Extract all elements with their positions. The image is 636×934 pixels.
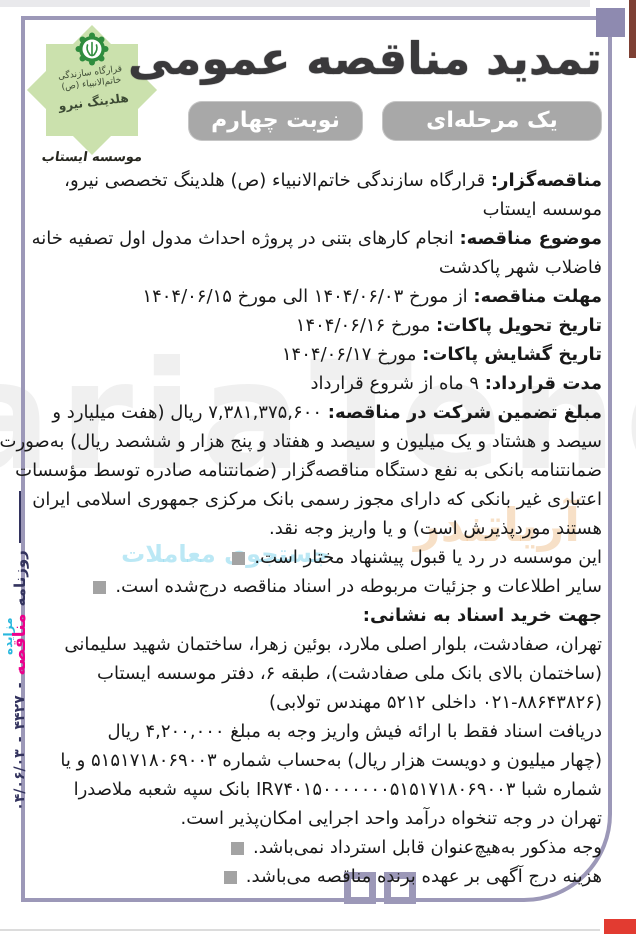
- body-line-label: مناقصه‌گزار:: [491, 170, 602, 191]
- body-line: تهران، صفادشت، بلوار اصلی ملارد، بوئین ز…: [36, 630, 602, 659]
- body-line-text: سیصد و هشتاد و یک میلیون و سیصد و هفتاد …: [0, 431, 602, 452]
- body-line-label: مدت قرارداد:: [485, 373, 602, 394]
- tag-pill-round: نوبت چهارم: [188, 101, 363, 141]
- bullet-square-icon: [93, 581, 106, 594]
- body-line-text: سایر اطلاعات و جزئیات مربوطه در اسناد من…: [115, 576, 602, 597]
- page-bottom-rule: [0, 929, 600, 931]
- body-line-text: ضمانتنامه بانکی به نفع دستگاه مناقصه‌گزا…: [15, 460, 602, 481]
- body-line-text: اعتباری غیر بانکی که دارای مجوز رسمی بان…: [32, 489, 602, 510]
- issue-number: ۴۴۲۷: [12, 695, 28, 729]
- page-red-marker: [604, 919, 636, 934]
- body-line: مبلغ تضمین شرکت در مناقصه: ۷,۳۸۱,۳۷۵,۶۰۰…: [36, 398, 602, 427]
- body-line: مناقصه‌گزار: قرارگاه سازندگی خاتم‌الانبی…: [36, 166, 602, 195]
- body-line: ضمانتنامه بانکی به نفع دستگاه مناقصه‌گزا…: [36, 456, 602, 485]
- body-line-text: (چهار میلیون و دویست هزار ریال) به‌حساب …: [60, 750, 602, 771]
- issue-date: ۰۴/۰۶/۰۳: [12, 749, 28, 811]
- tag-pill-stage: یک مرحله‌ای: [382, 101, 602, 141]
- bullet-square-icon: [224, 871, 237, 884]
- adjacent-column-sliver: [629, 0, 636, 58]
- body-line: موضوع مناقصه: انجام کارهای بتنی در پروژه…: [36, 224, 602, 253]
- body-lines: مناقصه‌گزار: قرارگاه سازندگی خاتم‌الانبی…: [36, 166, 602, 891]
- body-line: دریافت اسناد فقط با ارائه فیش واریز وجه …: [36, 717, 602, 746]
- body-line-text: قرارگاه سازندگی خاتم‌الانبیاء (ص) هلدینگ…: [64, 170, 491, 191]
- body-line: وجه مذکور به‌هیچ‌عنوان قابل استرداد نمی‌…: [36, 833, 602, 862]
- body-line: جهت خرید اسناد به نشانی:: [36, 601, 602, 630]
- body-line: تاریخ گشایش پاکات: مورخ ۱۴۰۴/۰۶/۱۷: [36, 340, 602, 369]
- body-line-text: (۰۲۱-۸۸۶۴۳۸۲۶ داخلی ۵۲۱۲ مهندس تولابی): [269, 692, 602, 713]
- body-line-label: تاریخ گشایش پاکات:: [422, 344, 602, 365]
- newspaper-word: روزنامه: [11, 550, 29, 606]
- body-line-text: هستند موردپذیرش است) و یا واریز وجه نقد.: [269, 518, 602, 539]
- body-line-label: تاریخ تحویل پاکات:: [436, 315, 602, 336]
- credit-separator: -: [12, 682, 28, 688]
- body-line-text: هزینه درج آگهی بر عهده برنده مناقصه می‌ب…: [246, 866, 602, 887]
- body-line-text: وجه مذکور به‌هیچ‌عنوان قابل استرداد نمی‌…: [253, 837, 602, 858]
- body-line-text: فاضلاب شهر پاکدشت: [439, 257, 602, 278]
- body-line-text: این موسسه در رد یا قبول پیشنهاد مختار اس…: [254, 547, 602, 568]
- body-line-text: تهران، صفادشت، بلوار اصلی ملارد، بوئین ز…: [64, 634, 602, 655]
- body-line-label: موضوع مناقصه:: [459, 228, 602, 249]
- body-line: مهلت مناقصه: از مورخ ۱۴۰۴/۰۶/۰۳ الی مورخ…: [36, 282, 602, 311]
- body-line-text: مورخ ۱۴۰۴/۰۶/۱۶: [296, 315, 436, 336]
- credit-rule: [19, 491, 21, 543]
- body-line: مدت قرارداد: ۹ ماه از شروع قرارداد: [36, 369, 602, 398]
- body-line: موسسه ایستاب: [36, 195, 602, 224]
- institute-name: موسسه ایستاب: [29, 150, 155, 165]
- body-line-text: موسسه ایستاب: [483, 199, 602, 220]
- body-line: (چهار میلیون و دویست هزار ریال) به‌حساب …: [36, 746, 602, 775]
- body-line-text: ۷,۳۸۱,۳۷۵,۶۰۰ ریال (هفت میلیارد و: [52, 402, 327, 423]
- ad-title: تمدید مناقصه عمومی: [172, 32, 602, 85]
- newspaper-ad-page: ariaTender آریاتندر جستجوی معاملات: [0, 0, 636, 934]
- brand-secondary: مزایده: [1, 617, 15, 655]
- body-line-text: ۹ ماه از شروع قرارداد: [310, 373, 484, 394]
- body-line-label: مبلغ تضمین شرکت در مناقصه:: [328, 402, 602, 423]
- body-line: سیصد و هشتاد و یک میلیون و سیصد و هفتاد …: [36, 427, 602, 456]
- bullet-square-icon: [232, 552, 245, 565]
- body-line: شماره شبا IR۷۴۰۱۵۰۰۰۰۰۰۰۵۱۵۱۷۱۸۰۶۹۰۰۳ با…: [36, 775, 602, 804]
- body-line: هزینه درج آگهی بر عهده برنده مناقصه می‌ب…: [36, 862, 602, 891]
- body-line: (۰۲۱-۸۸۶۴۳۸۲۶ داخلی ۵۲۱۲ مهندس تولابی): [36, 688, 602, 717]
- bullet-square-icon: [231, 842, 244, 855]
- body-line: فاضلاب شهر پاکدشت: [36, 253, 602, 282]
- body-line: تهران در وجه تنخواه درآمد واحد اجرایی ام…: [36, 804, 602, 833]
- body-line-text: (ساختمان بالای بانک ملی صفادشت)، طبقه ۶،…: [97, 663, 602, 684]
- body-line: (ساختمان بالای بانک ملی صفادشت)، طبقه ۶،…: [36, 659, 602, 688]
- page-top-strip: [0, 0, 590, 7]
- newspaper-credit: روزنامه مناقصه مزایده - ۴۴۲۷ - ۰۴/۰۶/۰۳: [5, 481, 35, 821]
- body-line-text: انجام کارهای بتنی در پروژه احداث مدول او…: [32, 228, 460, 249]
- newspaper-brand: مناقصه مزایده: [10, 613, 30, 675]
- body-line-label: مهلت مناقصه:: [473, 286, 602, 307]
- credit-separator: -: [12, 736, 28, 742]
- body-line-label: جهت خرید اسناد به نشانی:: [363, 605, 602, 626]
- body-line-text: مورخ ۱۴۰۴/۰۶/۱۷: [282, 344, 422, 365]
- body-line-text: تهران در وجه تنخواه درآمد واحد اجرایی ام…: [180, 808, 602, 829]
- body-line: سایر اطلاعات و جزئیات مربوطه در اسناد من…: [36, 572, 602, 601]
- body-line: این موسسه در رد یا قبول پیشنهاد مختار اس…: [36, 543, 602, 572]
- body-line-text: شماره شبا IR۷۴۰۱۵۰۰۰۰۰۰۰۵۱۵۱۷۱۸۰۶۹۰۰۳ با…: [74, 779, 602, 800]
- body-line: تاریخ تحویل پاکات: مورخ ۱۴۰۴/۰۶/۱۶: [36, 311, 602, 340]
- body-line-text: دریافت اسناد فقط با ارائه فیش واریز وجه …: [107, 721, 602, 742]
- body-line: هستند موردپذیرش است) و یا واریز وجه نقد.: [36, 514, 602, 543]
- body-line: اعتباری غیر بانکی که دارای مجوز رسمی بان…: [36, 485, 602, 514]
- body-line-text: از مورخ ۱۴۰۴/۰۶/۰۳ الی مورخ ۱۴۰۴/۰۶/۱۵: [142, 286, 473, 307]
